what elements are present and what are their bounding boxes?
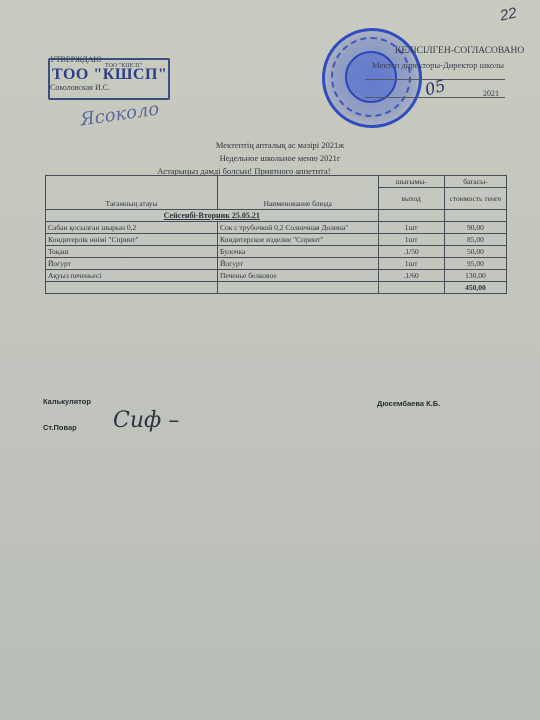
cell-name-kz: Ақуыз печеньесі — [46, 270, 218, 282]
table-row: Кондитерлік өнімі "Спринт" Кондитерское … — [46, 234, 507, 246]
day-empty-cell — [444, 210, 506, 222]
agreement-year: 2021 — [483, 89, 499, 98]
cell-name-kz: Сабан қосылған шырын 0,2 — [46, 222, 218, 234]
header-name-kz: Тағамның атауы — [46, 176, 218, 210]
day-empty-cell — [378, 210, 444, 222]
cell-price: 85,00 — [444, 234, 506, 246]
agreement-role: Мектеп директоры-Директор школы — [372, 60, 504, 70]
approval-name: Соколовская И.С. — [50, 83, 110, 92]
approval-signature: Ясоколо — [79, 99, 160, 131]
cell-output: .1/60 — [378, 270, 444, 282]
cell-name-kz: Тоқаш — [46, 246, 218, 258]
table-row: Сабан қосылған шырын 0,2 Сок с трубочкой… — [46, 222, 507, 234]
cell-output: 1шт — [378, 222, 444, 234]
total-empty-cell — [217, 282, 378, 294]
table-row: Ақуыз печеньесі Печенье белковое .1/60 1… — [46, 270, 507, 282]
cell-price: 90,00 — [444, 222, 506, 234]
cell-name-ru: Кондитерское изделие "Спринт" — [217, 234, 378, 246]
calculator-label: Калькулятор — [43, 397, 91, 406]
cell-name-ru: Йогурт — [217, 258, 378, 270]
cell-price: 130,00 — [444, 270, 506, 282]
day-label: Сейсенбі-Вторник 25.05.21 — [46, 210, 379, 222]
document-page: 22 УТВЕРЖДАЮ ТОО "КШСП" ТОО "КШСП" Сокол… — [0, 0, 540, 720]
table-header-row-top: Тағамның атауы Наименование блюда шығымы… — [46, 176, 507, 188]
agreement-title: КЕЛІСІЛГЕН-СОГЛАСОВАНО — [395, 46, 524, 56]
cell-output: .1/50 — [378, 246, 444, 258]
seal-emblem-icon — [345, 51, 397, 103]
school-seal-icon — [322, 28, 422, 128]
cook-label: Ст.Повар — [43, 423, 77, 432]
cell-output: 1шт — [378, 258, 444, 270]
cell-name-kz: Йогурт — [46, 258, 218, 270]
cell-name-ru: Булочка — [217, 246, 378, 258]
day-row: Сейсенбі-Вторник 25.05.21 — [46, 210, 507, 222]
total-price: 450,00 — [444, 282, 506, 294]
page-number: 22 — [498, 4, 518, 24]
table-row: Тоқаш Булочка .1/50 50,00 — [46, 246, 507, 258]
cook-signature: Сиф – — [113, 408, 179, 433]
header-output-kz: шығымы- — [378, 176, 444, 188]
cell-name-ru: Печенье белковое — [217, 270, 378, 282]
table-row: Йогурт Йогурт 1шт 95,00 — [46, 258, 507, 270]
header-output-ru: выход — [378, 188, 444, 210]
header-price-kz: бағасы- — [444, 176, 506, 188]
cell-price: 50,00 — [444, 246, 506, 258]
total-row: 450,00 — [46, 282, 507, 294]
cell-price: 95,00 — [444, 258, 506, 270]
calculator-name: Дюсембаева К.Б. — [377, 399, 440, 408]
menu-title-ru: Недельное школьное меню 2021г — [10, 153, 540, 163]
cell-output: 1шт — [378, 234, 444, 246]
header-price-ru: стоимость тенге — [444, 188, 506, 210]
cell-name-ru: Сок с трубочкой 0,2 Солнечная Долина" — [217, 222, 378, 234]
menu-title-kz: Мектептің апталық ас мәзірі 2021ж — [10, 140, 540, 150]
approval-title: УТВЕРЖДАЮ — [50, 55, 102, 64]
header-name-ru: Наименование блюда — [217, 176, 378, 210]
menu-table: Тағамның атауы Наименование блюда шығымы… — [45, 175, 507, 294]
total-empty-cell — [378, 282, 444, 294]
cell-name-kz: Кондитерлік өнімі "Спринт" — [46, 234, 218, 246]
approval-org-stamp: ТОО "КШСП" — [52, 66, 167, 84]
total-empty-cell — [46, 282, 218, 294]
